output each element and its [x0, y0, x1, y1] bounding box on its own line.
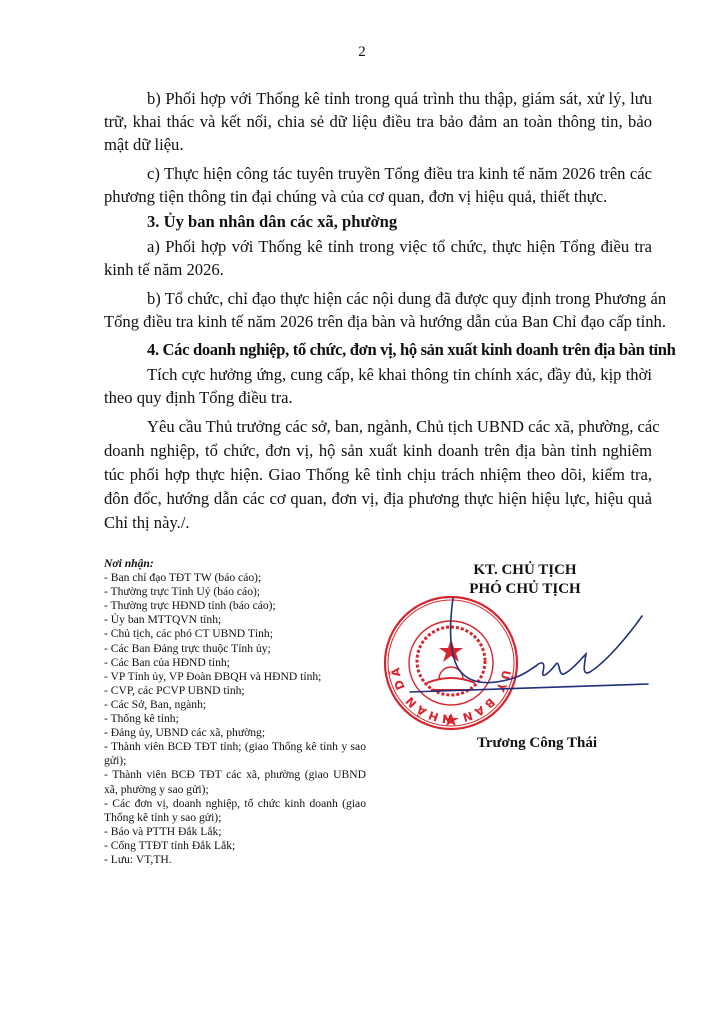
signer-title-line1: KT. CHỦ TỊCH: [440, 562, 610, 579]
paragraph-line: c) Thực hiện công tác tuyên truyền Tổng …: [147, 163, 652, 185]
paragraph-line: b) Tổ chức, chỉ đạo thực hiện các nội du…: [147, 288, 652, 310]
recipients-title: Nơi nhận:: [104, 557, 366, 571]
paragraph-line: mật dữ liệu.: [104, 134, 652, 156]
section-heading: 4. Các doanh nghiệp, tổ chức, đơn vị, hộ…: [147, 339, 652, 361]
recipient-item: - Các đơn vị, doanh nghiệp, tổ chức kinh…: [104, 797, 366, 825]
recipient-item: - Đảng ủy, UBND các xã, phường;: [104, 726, 366, 740]
recipient-item: - Thành viên BCĐ TĐT các xã, phường (gia…: [104, 768, 366, 796]
paragraph-line: Chỉ thị này./.: [104, 512, 652, 534]
recipient-item: - Thường trực HĐND tỉnh (báo cáo);: [104, 599, 366, 613]
signer-title-line2: PHÓ CHỦ TỊCH: [440, 581, 610, 598]
paragraph-line: kinh tế năm 2026.: [104, 259, 652, 281]
paragraph-line: theo quy định Tổng điều tra.: [104, 387, 652, 409]
paragraph-line: Yêu cầu Thủ trưởng các sở, ban, ngành, C…: [147, 416, 652, 438]
recipient-item: - Lưu: VT,TH.: [104, 853, 366, 867]
paragraph-line: đôn đốc, hướng dẫn các cơ quan, đơn vị, …: [104, 488, 652, 510]
section-heading: 3. Ủy ban nhân dân các xã, phường: [147, 211, 652, 233]
recipient-item: - Thường trực Tỉnh Uỷ (báo cáo);: [104, 585, 366, 599]
recipient-item: - Báo và PTTH Đắk Lắk;: [104, 825, 366, 839]
recipients-list: Nơi nhận: - Ban chỉ đạo TĐT TW (báo cáo)…: [104, 557, 366, 867]
recipient-item: - Thành viên BCĐ TĐT tỉnh; (giao Thống k…: [104, 740, 366, 768]
paragraph-line: phương tiện thông tin đại chúng và của c…: [104, 186, 652, 208]
recipient-item: - Chủ tịch, các phó CT UBND Tỉnh;: [104, 627, 366, 641]
recipient-item: - Các Ban của HĐND tỉnh;: [104, 656, 366, 670]
paragraph-line: Tích cực hưởng ứng, cung cấp, kê khai th…: [147, 364, 652, 386]
recipient-item: - Ủy ban MTTQVN tỉnh;: [104, 613, 366, 627]
paragraph-line: doanh nghiệp, tổ chức, đơn vị, hộ sản xu…: [104, 440, 652, 462]
paragraph-line: trữ, khai thác và kết nối, chia sẻ dữ li…: [104, 111, 652, 133]
signature-icon: [380, 580, 650, 710]
signer-name: Trương Công Thái: [452, 735, 622, 752]
recipient-item: - VP Tỉnh ủy, VP Đoàn ĐBQH và HĐND tỉnh;: [104, 670, 366, 684]
recipient-item: - Ban chỉ đạo TĐT TW (báo cáo);: [104, 571, 366, 585]
recipient-item: - Các Sở, Ban, ngành;: [104, 698, 366, 712]
recipient-item: - Cổng TTĐT tỉnh Đắk Lắk;: [104, 839, 366, 853]
paragraph-line: b) Phối hợp với Thống kê tỉnh trong quá …: [147, 88, 652, 110]
recipient-item: - Các Ban Đảng trực thuộc Tỉnh ủy;: [104, 642, 366, 656]
recipient-item: - Thống kê tỉnh;: [104, 712, 366, 726]
recipient-item: - CVP, các PCVP UBND tỉnh;: [104, 684, 366, 698]
page-number: 2: [0, 44, 724, 61]
paragraph-line: túc phối hợp thực hiện. Giao Thống kê tỉ…: [104, 464, 652, 486]
paragraph-line: a) Phối hợp với Thống kê tỉnh trong việc…: [147, 236, 652, 258]
paragraph-line: Tổng điều tra kinh tế năm 2026 trên địa …: [104, 311, 652, 333]
